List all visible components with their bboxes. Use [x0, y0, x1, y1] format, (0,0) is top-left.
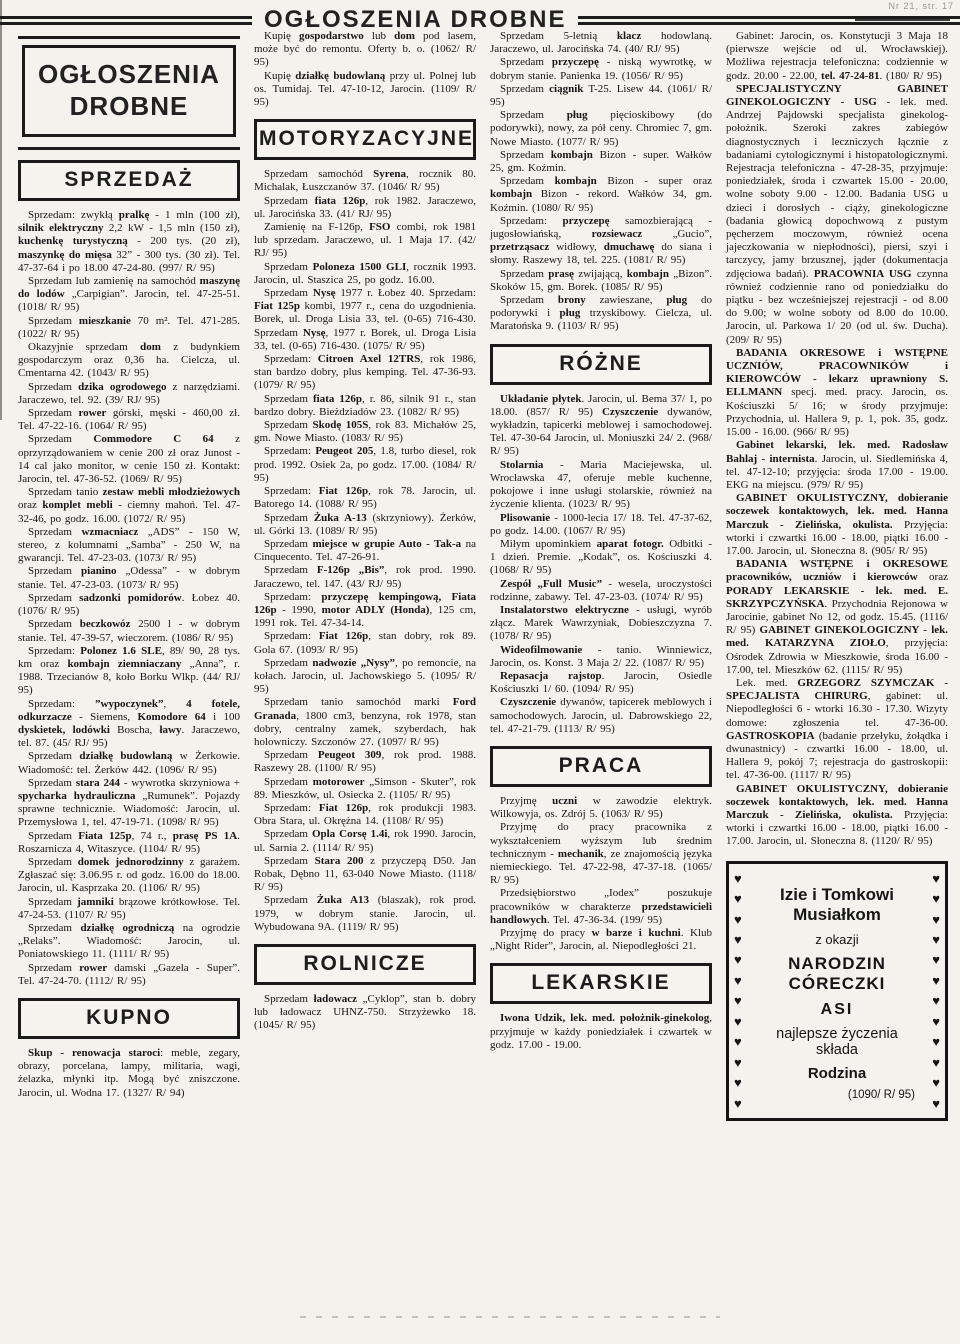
scan-edge-artifact — [0, 0, 2, 420]
section-header-lekarskie: LEKARSKIE — [490, 963, 712, 1004]
masthead-line: DROBNE — [29, 90, 229, 122]
classified-ad: Sprzedam rower damski „Gazela - Super”. … — [18, 962, 240, 988]
greeting-line: Rodzina — [759, 1065, 915, 1082]
classified-ad: Zespół „Full Music” - wesela, uroczystoś… — [490, 578, 712, 604]
heart-icon: ♥ — [734, 1035, 742, 1048]
heart-icon: ♥ — [734, 913, 742, 926]
greeting-line: z okazji — [759, 932, 915, 947]
classified-ad: Miłym upominkiem aparat fotogr. Odbitki … — [490, 538, 712, 578]
classified-ad: Sprzedam kombajn Bizon - super. Wałków 2… — [490, 149, 712, 175]
classified-ad: Sprzedam Opla Corsę 1.4i, rok 1990. Jaro… — [254, 828, 476, 854]
classified-ad: Skup - renowacja staroci: meble, zegary,… — [18, 1047, 240, 1100]
classified-ad: Przyjmę do pracy w barze i kuchni. Klub … — [490, 927, 712, 953]
column-3: Sprzedam 5-letnią klacz hodowlaną. Jarac… — [490, 30, 712, 1121]
classified-ad: Sprzedam: zwykłą pralkę - 1 mln (100 zł)… — [18, 209, 240, 275]
section-header-praca: PRACA — [490, 746, 712, 787]
classified-ad: Sprzedam tanio samochód marki Ford Grana… — [254, 696, 476, 749]
heart-icon: ♥ — [932, 974, 940, 987]
greeting-line: (1090/ R/ 95) — [759, 1089, 915, 1101]
classified-ad: Sprzedam mieszkanie 70 m². Tel. 471-285.… — [18, 315, 240, 341]
classified-ad: Sprzedam Żuka A13 (blaszak), rok prod. 1… — [254, 894, 476, 934]
page-top-banner: Nr 21, str. 17 OGŁOSZENIA DROBNE — [0, 0, 960, 30]
classified-ad: Sprzedam Commodore C 64 z oprzyrządowani… — [18, 433, 240, 486]
classified-ad: Sprzedam dzika ogrodowego z narzędziami.… — [18, 381, 240, 407]
heart-icon: ♥ — [734, 872, 742, 885]
masthead-line: OGŁOSZENIA — [29, 58, 229, 90]
classified-ad: Sprzedam tanio zestaw mebli młodzieżowyc… — [18, 486, 240, 526]
classified-ad: Przedsiębiorstwo „Iodex” poszukuje praco… — [490, 887, 712, 927]
classified-ad: Sprzedam Poloneza 1500 GLI, rocznik 1993… — [254, 261, 476, 287]
classified-ad: Sprzedam F-126p „Bis”, rok prod. 1990. J… — [254, 564, 476, 590]
classified-ad: GABINET OKULISTYCZNY, dobieranie soczewe… — [726, 783, 948, 849]
classified-ad: Iwona Udzik, lek. med. położnik-ginekolo… — [490, 1012, 712, 1052]
masthead-box: OGŁOSZENIADROBNE — [22, 45, 236, 137]
classified-ad: Sprzedam działkę ogrodniczą na ogrodzie … — [18, 922, 240, 962]
classified-ad: Sprzedam ładowacz „Cyklop”, stan b. dobr… — [254, 993, 476, 1033]
classified-ad: Sprzedam Żuka A-13 (skrzyniowy). Żerków,… — [254, 512, 476, 538]
columns-container: OGŁOSZENIADROBNESPRZEDAŻSprzedam: zwykłą… — [18, 30, 948, 1121]
classified-ad: SPECJALISTYCZNY GABINET GINEKOLOGICZNY -… — [726, 83, 948, 347]
classified-ad: Zamienię na F-126p, FSO combi, rok 1981 … — [254, 221, 476, 261]
classified-ad: Lek. med. GRZEGORZ SZYMCZAK - SPECJALIST… — [726, 677, 948, 783]
classified-ad: Sprzedam: Polonez 1.6 SLE, 89/ 90, 28 ty… — [18, 645, 240, 698]
classified-ad: Sprzedam fiata 126p, r. 86, silnik 91 r.… — [254, 393, 476, 419]
column-2: Kupię gospodarstwo lub dom pod lasem, mo… — [254, 30, 476, 1121]
classified-ad: Kupię działkę budowlaną przy ul. Polnej … — [254, 70, 476, 110]
heart-icon: ♥ — [734, 953, 742, 966]
heart-icon: ♥ — [932, 1076, 940, 1089]
newspaper-page: Nr 21, str. 17 OGŁOSZENIA DROBNE OGŁOSZE… — [0, 0, 960, 1344]
classified-ad: Sprzedam domek jednorodzinny z garażem. … — [18, 856, 240, 896]
heart-icon: ♥ — [932, 994, 940, 1007]
classified-ad: Sprzedam stara 244 - wywrotka skrzyniowa… — [18, 777, 240, 830]
classified-ad: Sprzedam samochód Syrena, rocznik 80. Mi… — [254, 168, 476, 194]
classified-ad: BADANIA OKRESOWE i WSTĘPNE UCZNIÓW, PRAC… — [726, 347, 948, 439]
classified-ad: Repasacja rajstop. Jarocin, Osiedle Kośc… — [490, 670, 712, 696]
classified-ad: Sprzedam Peugeot 309, rok prod. 1988. Ra… — [254, 749, 476, 775]
heart-icon: ♥ — [734, 892, 742, 905]
greeting-line: najlepsze życzenia składa — [759, 1026, 915, 1058]
heart-icon: ♥ — [734, 1056, 742, 1069]
column-4: Gabinet: Jarocin, os. Konstytucji 3 Maja… — [726, 30, 948, 1121]
heart-icon: ♥ — [932, 872, 940, 885]
heart-icon: ♥ — [932, 953, 940, 966]
classified-ad: Sprzedam Skodę 105S, rok 83. Michałów 25… — [254, 419, 476, 445]
classified-ad: Przyjmę do pracy pracownika z wykształce… — [490, 821, 712, 887]
classified-ad: Sprzedam: Citroen Axel 12TRS, rok 1986, … — [254, 353, 476, 393]
classified-ad: GABINET OKULISTYCZNY, dobieranie soczewe… — [726, 492, 948, 558]
classified-ad: Sprzedam: przyczepę kempingową, Fiata 12… — [254, 591, 476, 631]
classified-ad: Sprzedam ciągnik T-25. Lisew 44. (1061/ … — [490, 83, 712, 109]
classified-ad: Sprzedam lub zamienię na samochód maszyn… — [18, 275, 240, 315]
classified-ad: Sprzedam: Fiat 126p, stan dobry, rok 89.… — [254, 630, 476, 656]
classified-ad: Sprzedam nadwozie „Nysy”, po remoncie, n… — [254, 657, 476, 697]
classified-ad: Czyszczenie dywanów, tapicerek meblowych… — [490, 696, 712, 736]
classified-ad: Okazyjnie sprzedam dom z budynkiem gospo… — [18, 341, 240, 381]
heart-icon: ♥ — [734, 1015, 742, 1028]
classified-ad: Sprzedam fiata 126p, rok 1982. Jaraczewo… — [254, 195, 476, 221]
heart-icon: ♥ — [932, 1015, 940, 1028]
classified-ad: Kupię gospodarstwo lub dom pod lasem, mo… — [254, 30, 476, 70]
heart-icon: ♥ — [932, 1056, 940, 1069]
classified-ad: Sprzedam: ”wypoczynek”, 4 fotele, odkurz… — [18, 698, 240, 751]
heart-icon: ♥ — [734, 994, 742, 1007]
classified-ad: Plisowanie - 1000-lecia 17/ 18. Tel. 47-… — [490, 512, 712, 538]
section-header-rozne: RÓŻNE — [490, 344, 712, 385]
heart-icon: ♥ — [932, 1097, 940, 1110]
classified-ad: Sprzedam motorower „Simson - Skuter”, ro… — [254, 776, 476, 802]
classified-ad: Stolarnia - Maria Maciejewska, ul. Wrocł… — [490, 459, 712, 512]
classified-ad: Sprzedam działkę budowlaną w Żerkowie. W… — [18, 750, 240, 776]
classified-ad: Gabinet: Jarocin, os. Konstytucji 3 Maja… — [726, 30, 948, 83]
heart-icon: ♥ — [932, 933, 940, 946]
classified-ad: Sprzedam przyczepę - niską wywrotkę, w d… — [490, 56, 712, 82]
heart-icon: ♥ — [932, 892, 940, 905]
classified-ad: Sprzedam pianino „Odessa” - w dobrym sta… — [18, 565, 240, 591]
greeting-line: ASI — [759, 1001, 915, 1019]
classified-ad: Sprzedam: Fiat 126p, rok produkcji 1983.… — [254, 802, 476, 828]
classified-ad: Wideofilmowanie - tanio. Winniewicz, Jar… — [490, 644, 712, 670]
heart-icon: ♥ — [734, 933, 742, 946]
horizontal-rule — [18, 36, 240, 39]
classified-ad: Przyjmę uczni w zawodzie elektryk. Wilko… — [490, 795, 712, 821]
section-header-sprzedaz: SPRZEDAŻ — [18, 160, 240, 201]
heart-icon: ♥ — [734, 974, 742, 987]
greeting-line: Izie i Tomkowi Musiałkom — [759, 885, 915, 925]
section-header-rolnicze: ROLNICZE — [254, 944, 476, 985]
classified-ad: Sprzedam: Fiat 126p, rok 78. Jarocin, ul… — [254, 485, 476, 511]
classified-ad: Układanie płytek. Jarocin, ul. Bema 37/ … — [490, 393, 712, 459]
heart-icon: ♥ — [734, 1076, 742, 1089]
classified-ad: Sprzedam Fiata 125p, 74 r., prasę PS 1A.… — [18, 830, 240, 856]
hearts-border-right: ♥♥♥♥♥♥♥♥♥♥♥♥ — [932, 872, 940, 1110]
banner-rule-right — [578, 16, 960, 25]
heart-icon: ♥ — [932, 913, 940, 926]
greeting-line: NARODZIN CÓRECZKI — [759, 954, 915, 994]
classified-ad: Gabinet lekarski, lek. med. Radosław Bah… — [726, 439, 948, 492]
classified-ad: Sprzedam wzmacniacz „ADS” - 150 W, stere… — [18, 526, 240, 566]
classified-ad: Sprzedam brony zawieszane, pług do podor… — [490, 294, 712, 334]
classified-ad: Sprzedam pług pięcioskibowy (do podorywk… — [490, 109, 712, 149]
greeting-ad-box: ♥♥♥♥♥♥♥♥♥♥♥♥♥♥♥♥♥♥♥♥♥♥♥♥Izie i Tomkowi M… — [726, 861, 948, 1121]
classified-ad: BADANIA WSTĘPNE i OKRESOWE pracowników, … — [726, 558, 948, 677]
classified-ad: Sprzedam kombajn Bizon - super oraz komb… — [490, 175, 712, 215]
classified-ad: Instalatorstwo elektryczne - usługi, wyr… — [490, 604, 712, 644]
classified-ad: Sprzedam miejsce w grupie Auto - Tak-a n… — [254, 538, 476, 564]
column-1: OGŁOSZENIADROBNESPRZEDAŻSprzedam: zwykłą… — [18, 30, 240, 1121]
classified-ad: Sprzedam Stara 200 z przyczepą D50. Jan … — [254, 855, 476, 895]
banner-rule-left — [0, 16, 252, 25]
heart-icon: ♥ — [734, 1097, 742, 1110]
scan-bottom-artifact — [300, 1316, 720, 1318]
section-header-motoryzacyjne: MOTORYZACYJNE — [254, 119, 476, 160]
classified-ad: Sprzedam sadzonki pomidorów. Łobez 40. (… — [18, 592, 240, 618]
classified-ad: Sprzedam Nysę 1977 r. Łobez 40. Sprzedam… — [254, 287, 476, 353]
classified-ad: Sprzedam: przyczepę samozbierającą - jug… — [490, 215, 712, 268]
classified-ad: Sprzedam: Peugeot 205, 1.8, turbo diesel… — [254, 445, 476, 485]
classified-ad: Sprzedam jamniki brązowe krótkowłose. Te… — [18, 896, 240, 922]
classified-ad: Sprzedam 5-letnią klacz hodowlaną. Jarac… — [490, 30, 712, 56]
horizontal-rule — [18, 147, 240, 150]
classified-ad: Sprzedam rower górski, męski - 460,00 zł… — [18, 407, 240, 433]
heart-icon: ♥ — [932, 1035, 940, 1048]
hearts-border-left: ♥♥♥♥♥♥♥♥♥♥♥♥ — [734, 872, 742, 1110]
section-header-kupno: KUPNO — [18, 998, 240, 1039]
classified-ad: Sprzedam prasę zwijającą, kombajn „Bizon… — [490, 268, 712, 294]
classified-ad: Sprzedam beczkowóz 2500 l - w dobrym sta… — [18, 618, 240, 644]
